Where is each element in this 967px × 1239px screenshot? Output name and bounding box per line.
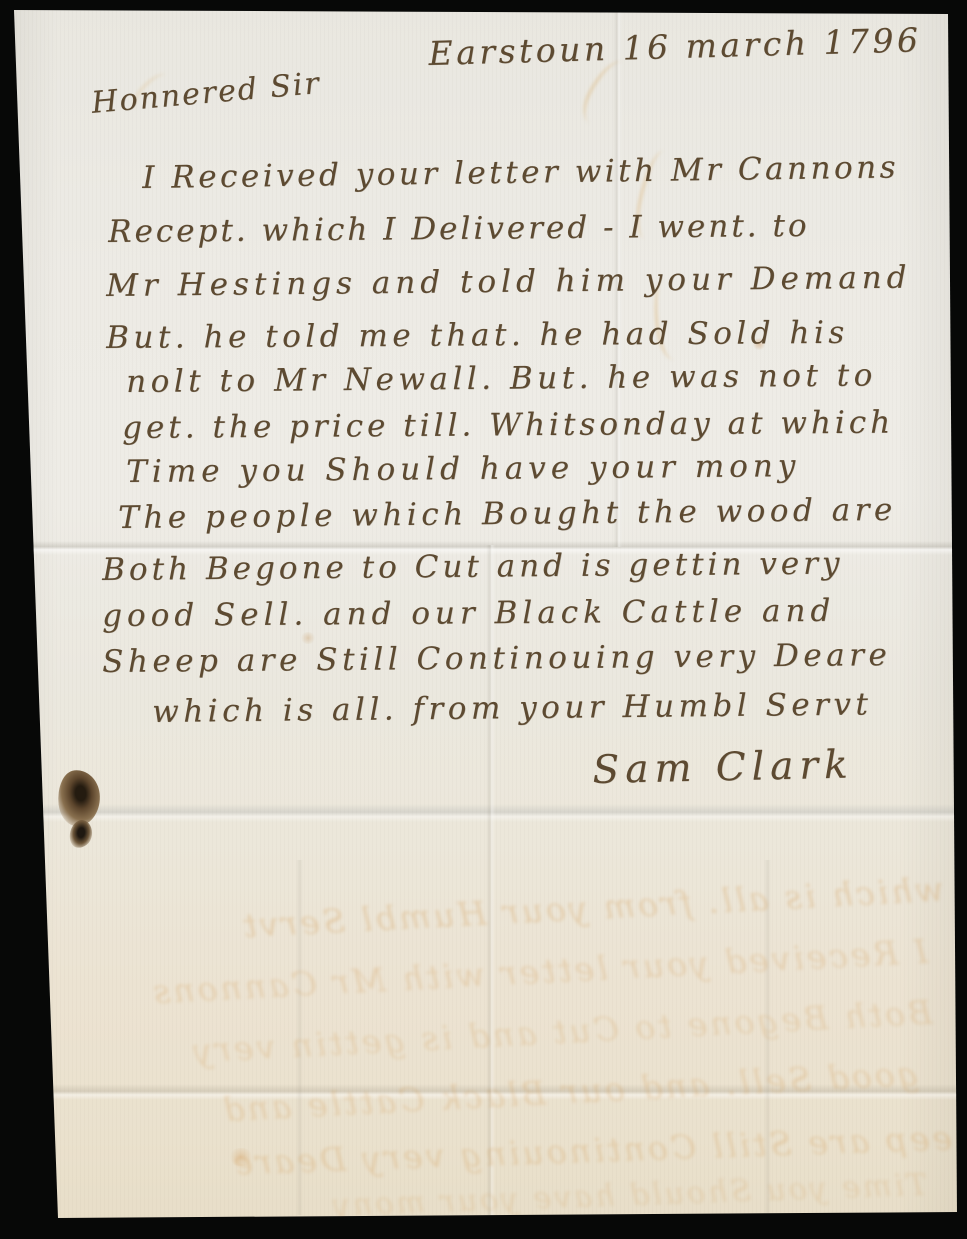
- bleedthrough-text-line: which is all. from your Humbl Servt: [239, 870, 944, 946]
- letter-line: Recept. which I Delivered - I went. to: [108, 208, 810, 250]
- letter-line: Sheep are Still Continouing very Deare: [102, 637, 891, 680]
- letter-line: Both Begone to Cut and is gettin very: [102, 546, 844, 588]
- letter-line: The people which Bought the wood are: [118, 492, 897, 536]
- letter-line: nolt to Mr Newall. But. he was not to: [126, 357, 877, 400]
- letter-line: But. he told me that. he had Sold his: [106, 315, 849, 356]
- signature: Sam Clark: [592, 743, 854, 793]
- scan-backdrop: which is all. from your Humbl Servt I Re…: [0, 0, 967, 1239]
- dateline: Earstoun 16 march 1796: [428, 20, 922, 73]
- ink-blot: [55, 768, 103, 828]
- letter-line: I Received your letter with Mr Cannons: [142, 149, 899, 196]
- bleedthrough-text-line: Time you Should have your mony: [330, 1168, 928, 1224]
- fold-crease-horizontal: [0, 804, 967, 822]
- bleedthrough-text-line: good Sell. and our Black Cattle and: [219, 1054, 919, 1130]
- letter-line: good Sell. and our Black Cattle and: [102, 593, 835, 634]
- letter-line: get. the price till. Whitsonday at which: [122, 405, 894, 446]
- letter-line: which is all. from your Humbl Servt: [152, 686, 873, 730]
- letter-paper: which is all. from your Humbl Servt I Re…: [0, 0, 967, 1239]
- letter-line: Mr Hestings and told him your Demand: [106, 260, 912, 304]
- salutation: Honnered Sir: [90, 66, 322, 121]
- letter-line: Time you Should have your mony: [126, 448, 800, 490]
